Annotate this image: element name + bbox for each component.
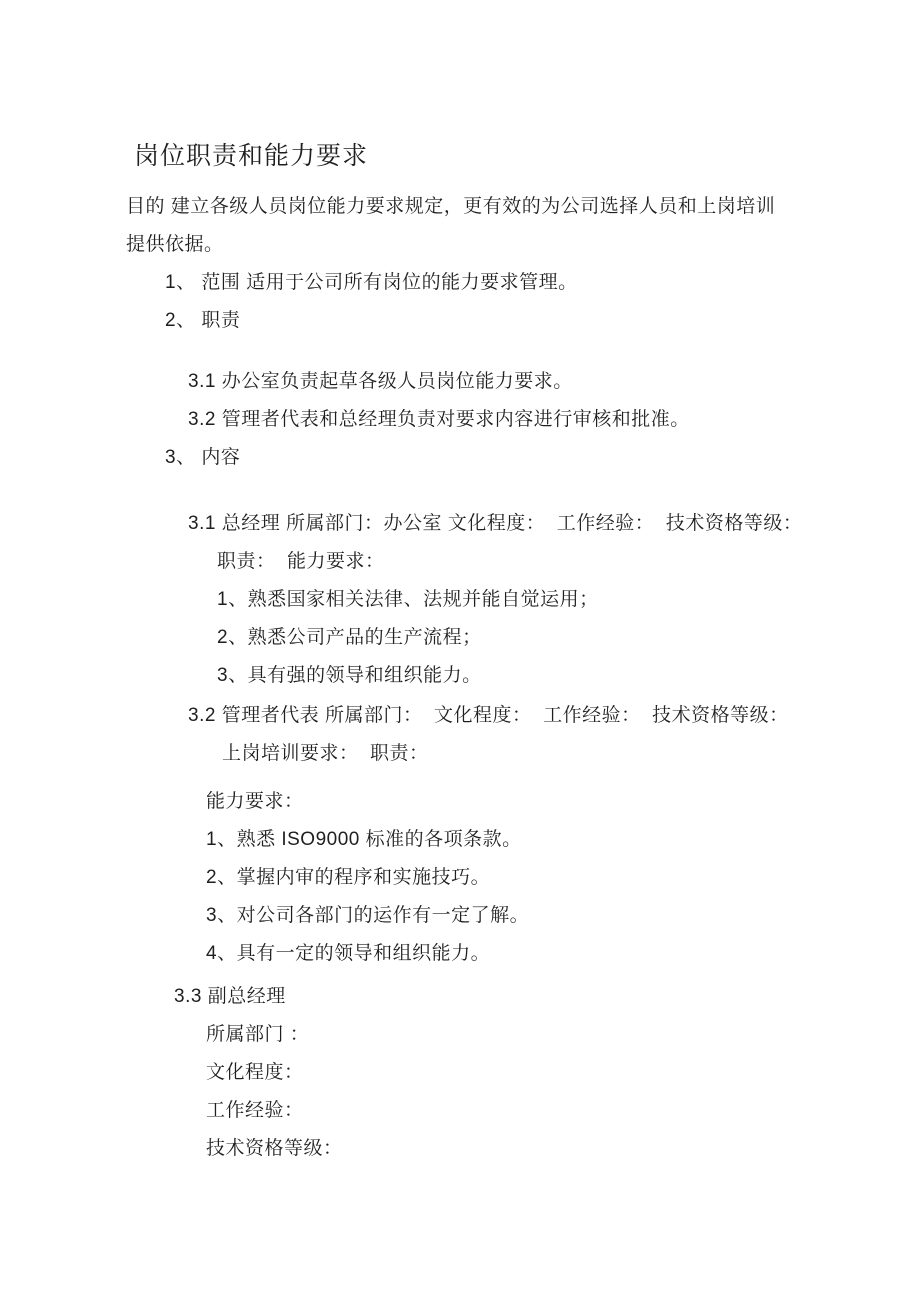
section-1-scope: 1、 范围 适用于公司所有岗位的能力要求管理。 (165, 264, 860, 302)
gm-duty-ability-heading: 职责： 能力要求： (217, 543, 860, 581)
field-technical-grade: 技术资格等级： (206, 1130, 860, 1168)
field-work-experience: 工作经验： (206, 1092, 860, 1130)
clause-3-1-office-draft: 3.1 办公室负责起草各级人员岗位能力要求。 (188, 363, 860, 401)
section-3-content: 3、 内容 (165, 439, 860, 477)
gm-ability-item-1: 1、熟悉国家相关法律、法规并能自觉运用； (217, 581, 860, 619)
document-page: 岗位职责和能力要求 目的 建立各级人员岗位能力要求规定，更有效的为公司选择人员和… (0, 0, 920, 1303)
rep-ability-heading: 能力要求： (206, 783, 860, 821)
gm-ability-item-2: 2、熟悉公司产品的生产流程； (217, 619, 860, 657)
gm-ability-item-3: 3、具有强的领导和组织能力。 (217, 657, 860, 695)
purpose-paragraph-line-1: 目的 建立各级人员岗位能力要求规定，更有效的为公司选择人员和上岗培训 (126, 188, 860, 226)
rep-ability-item-3: 3、对公司各部门的运作有一定了解。 (206, 897, 860, 935)
field-department: 所属部门 ： (206, 1016, 860, 1054)
section-2-responsibility: 2、 职责 (165, 302, 860, 340)
clause-3-2-management-rep: 3.2 管理者代表 所属部门： 文化程度： 工作经验： 技术资格等级： (188, 697, 860, 735)
field-education-level: 文化程度： (206, 1054, 860, 1092)
rep-ability-item-4: 4、具有一定的领导和组织能力。 (206, 935, 860, 973)
clause-3-2-review-approve: 3.2 管理者代表和总经理负责对要求内容进行审核和批准。 (188, 401, 860, 439)
clause-3-1-general-manager: 3.1 总经理 所属部门：办公室 文化程度： 工作经验： 技术资格等级： (188, 505, 860, 543)
rep-training-duty-line: 上岗培训要求： 职责： (222, 735, 860, 773)
document-title: 岗位职责和能力要求 (134, 141, 860, 171)
rep-ability-item-1: 1、熟悉 ISO9000 标准的各项条款。 (206, 821, 860, 859)
rep-ability-item-2: 2、掌握内审的程序和实施技巧。 (206, 859, 860, 897)
purpose-paragraph-line-2: 提供依据。 (126, 226, 860, 264)
clause-3-3-deputy-gm: 3.3 副总经理 (174, 978, 860, 1016)
